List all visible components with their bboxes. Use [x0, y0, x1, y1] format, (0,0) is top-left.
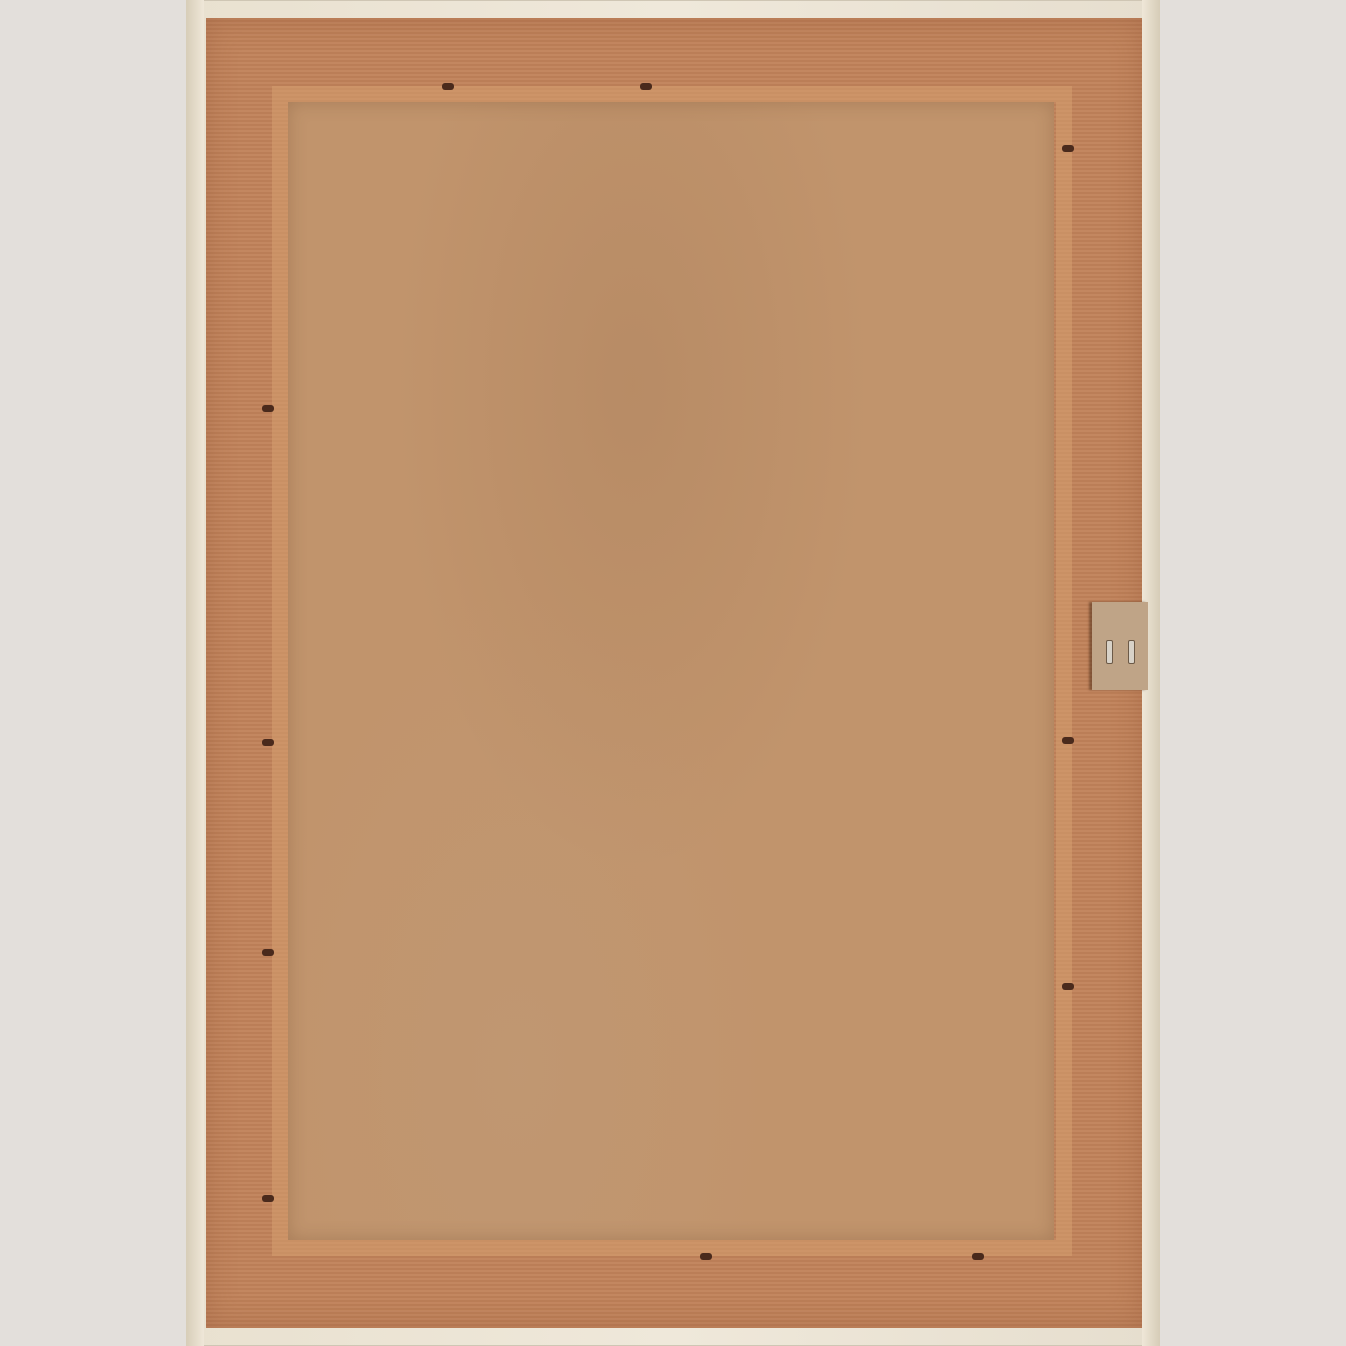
nail: [1062, 737, 1074, 744]
nail: [442, 83, 454, 90]
staple-icon: [1106, 640, 1113, 664]
hardboard-backing: [288, 102, 1054, 1240]
nail: [1062, 983, 1074, 990]
nail: [262, 1195, 274, 1202]
nail: [640, 83, 652, 90]
frame-edge-left: [186, 0, 204, 1346]
nail: [700, 1253, 712, 1260]
nail: [972, 1253, 984, 1260]
nail: [1062, 145, 1074, 152]
hanging-tab: [1092, 602, 1148, 690]
nail: [262, 405, 274, 412]
nail: [262, 949, 274, 956]
nail: [262, 739, 274, 746]
staple-icon: [1128, 640, 1135, 664]
